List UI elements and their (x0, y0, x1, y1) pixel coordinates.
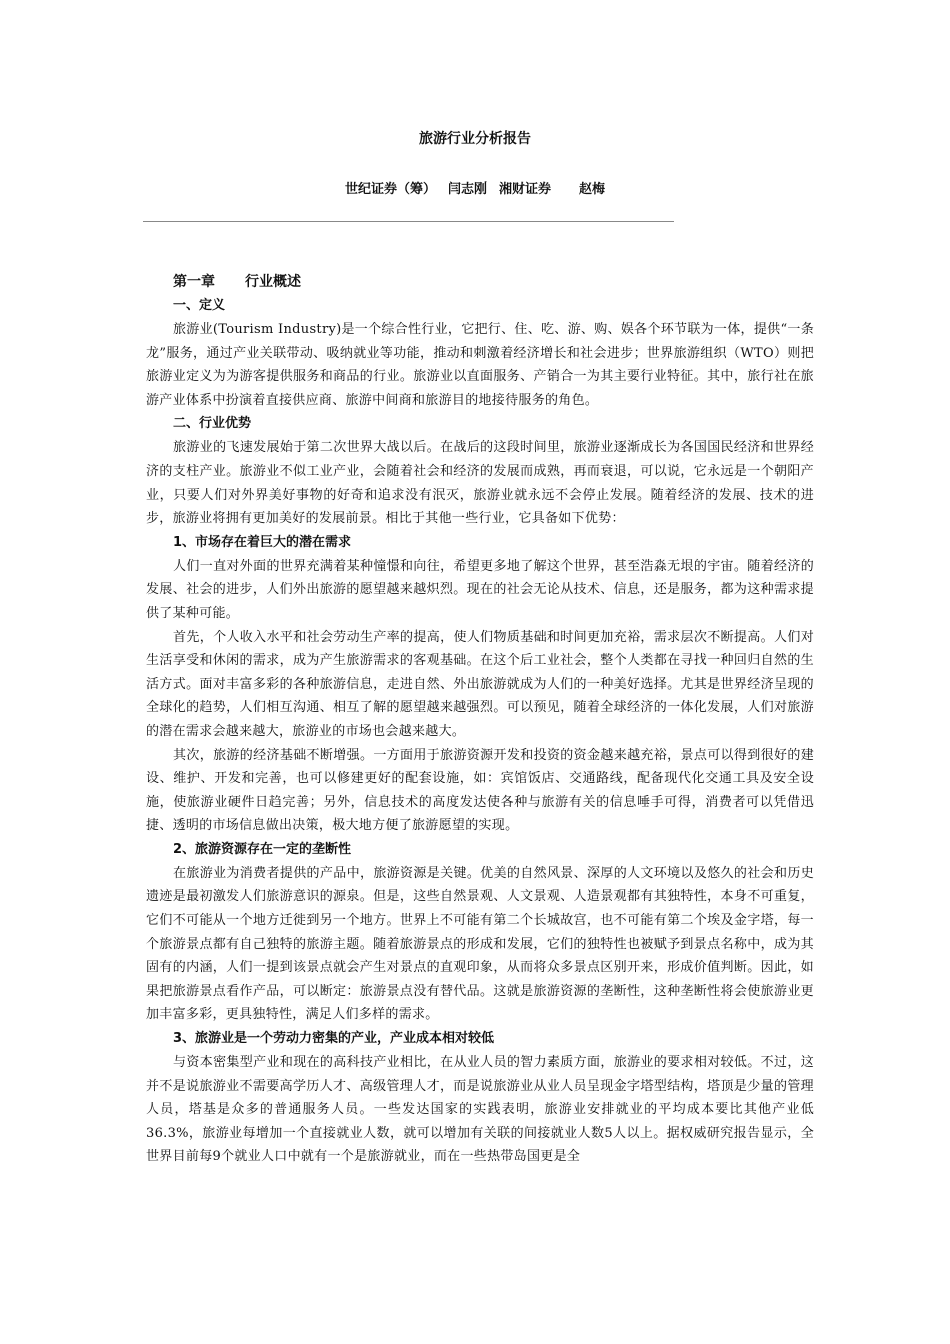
author-1-org: 世纪证券（筹） (345, 182, 436, 197)
paragraph: 其次，旅游的经济基础不断增强。一方面用于旅游资源开发和投资的资金越来越充裕，景点… (146, 744, 814, 838)
header-divider (143, 221, 674, 222)
paragraph: 在旅游业为消费者提供的产品中，旅游资源是关键。优美的自然风景、深厚的人文环境以及… (146, 862, 814, 1027)
author-line: 世纪证券（筹）闫志刚湘财证券赵梅 (0, 178, 950, 197)
paragraph: 旅游业的飞速发展始于第二次世界大战以后。在战后的这段时间里，旅游业逐渐成长为各国… (146, 436, 814, 530)
document-body: 第一章行业概述 一、定义 旅游业(Tourism Industry)是一个综合性… (146, 270, 814, 1169)
chapter-number: 第一章 (173, 274, 215, 290)
paragraph: 与资本密集型产业和现在的高科技产业相比，在从业人员的智力素质方面，旅游业的要求相… (146, 1051, 814, 1169)
subsection-heading: 1、市场存在着巨大的潜在需求 (146, 531, 814, 555)
section-heading: 一、定义 (146, 294, 814, 318)
author-2-org: 湘财证券 (499, 182, 551, 197)
chapter-title: 行业概述 (245, 274, 301, 290)
paragraph: 人们一直对外面的世界充满着某种憧憬和向往，希望更多地了解这个世界，甚至浩淼无垠的… (146, 555, 814, 626)
author-2-name: 赵梅 (579, 182, 605, 197)
section-heading: 二、行业优势 (146, 412, 814, 436)
subsection-heading: 3、旅游业是一个劳动力密集的产业，产业成本相对较低 (146, 1027, 814, 1051)
document-page: 旅游行业分析报告 世纪证券（筹）闫志刚湘财证券赵梅 第一章行业概述 一、定义 旅… (0, 0, 950, 1344)
paragraph: 旅游业(Tourism Industry)是一个综合性行业，它把行、住、吃、游、… (146, 318, 814, 412)
author-1-name: 闫志刚 (448, 182, 487, 197)
document-title: 旅游行业分析报告 (0, 128, 950, 148)
chapter-heading: 第一章行业概述 (146, 270, 814, 294)
subsection-heading: 2、旅游资源存在一定的垄断性 (146, 838, 814, 862)
paragraph: 首先，个人收入水平和社会劳动生产率的提高，使人们物质基础和时间更加充裕，需求层次… (146, 626, 814, 744)
